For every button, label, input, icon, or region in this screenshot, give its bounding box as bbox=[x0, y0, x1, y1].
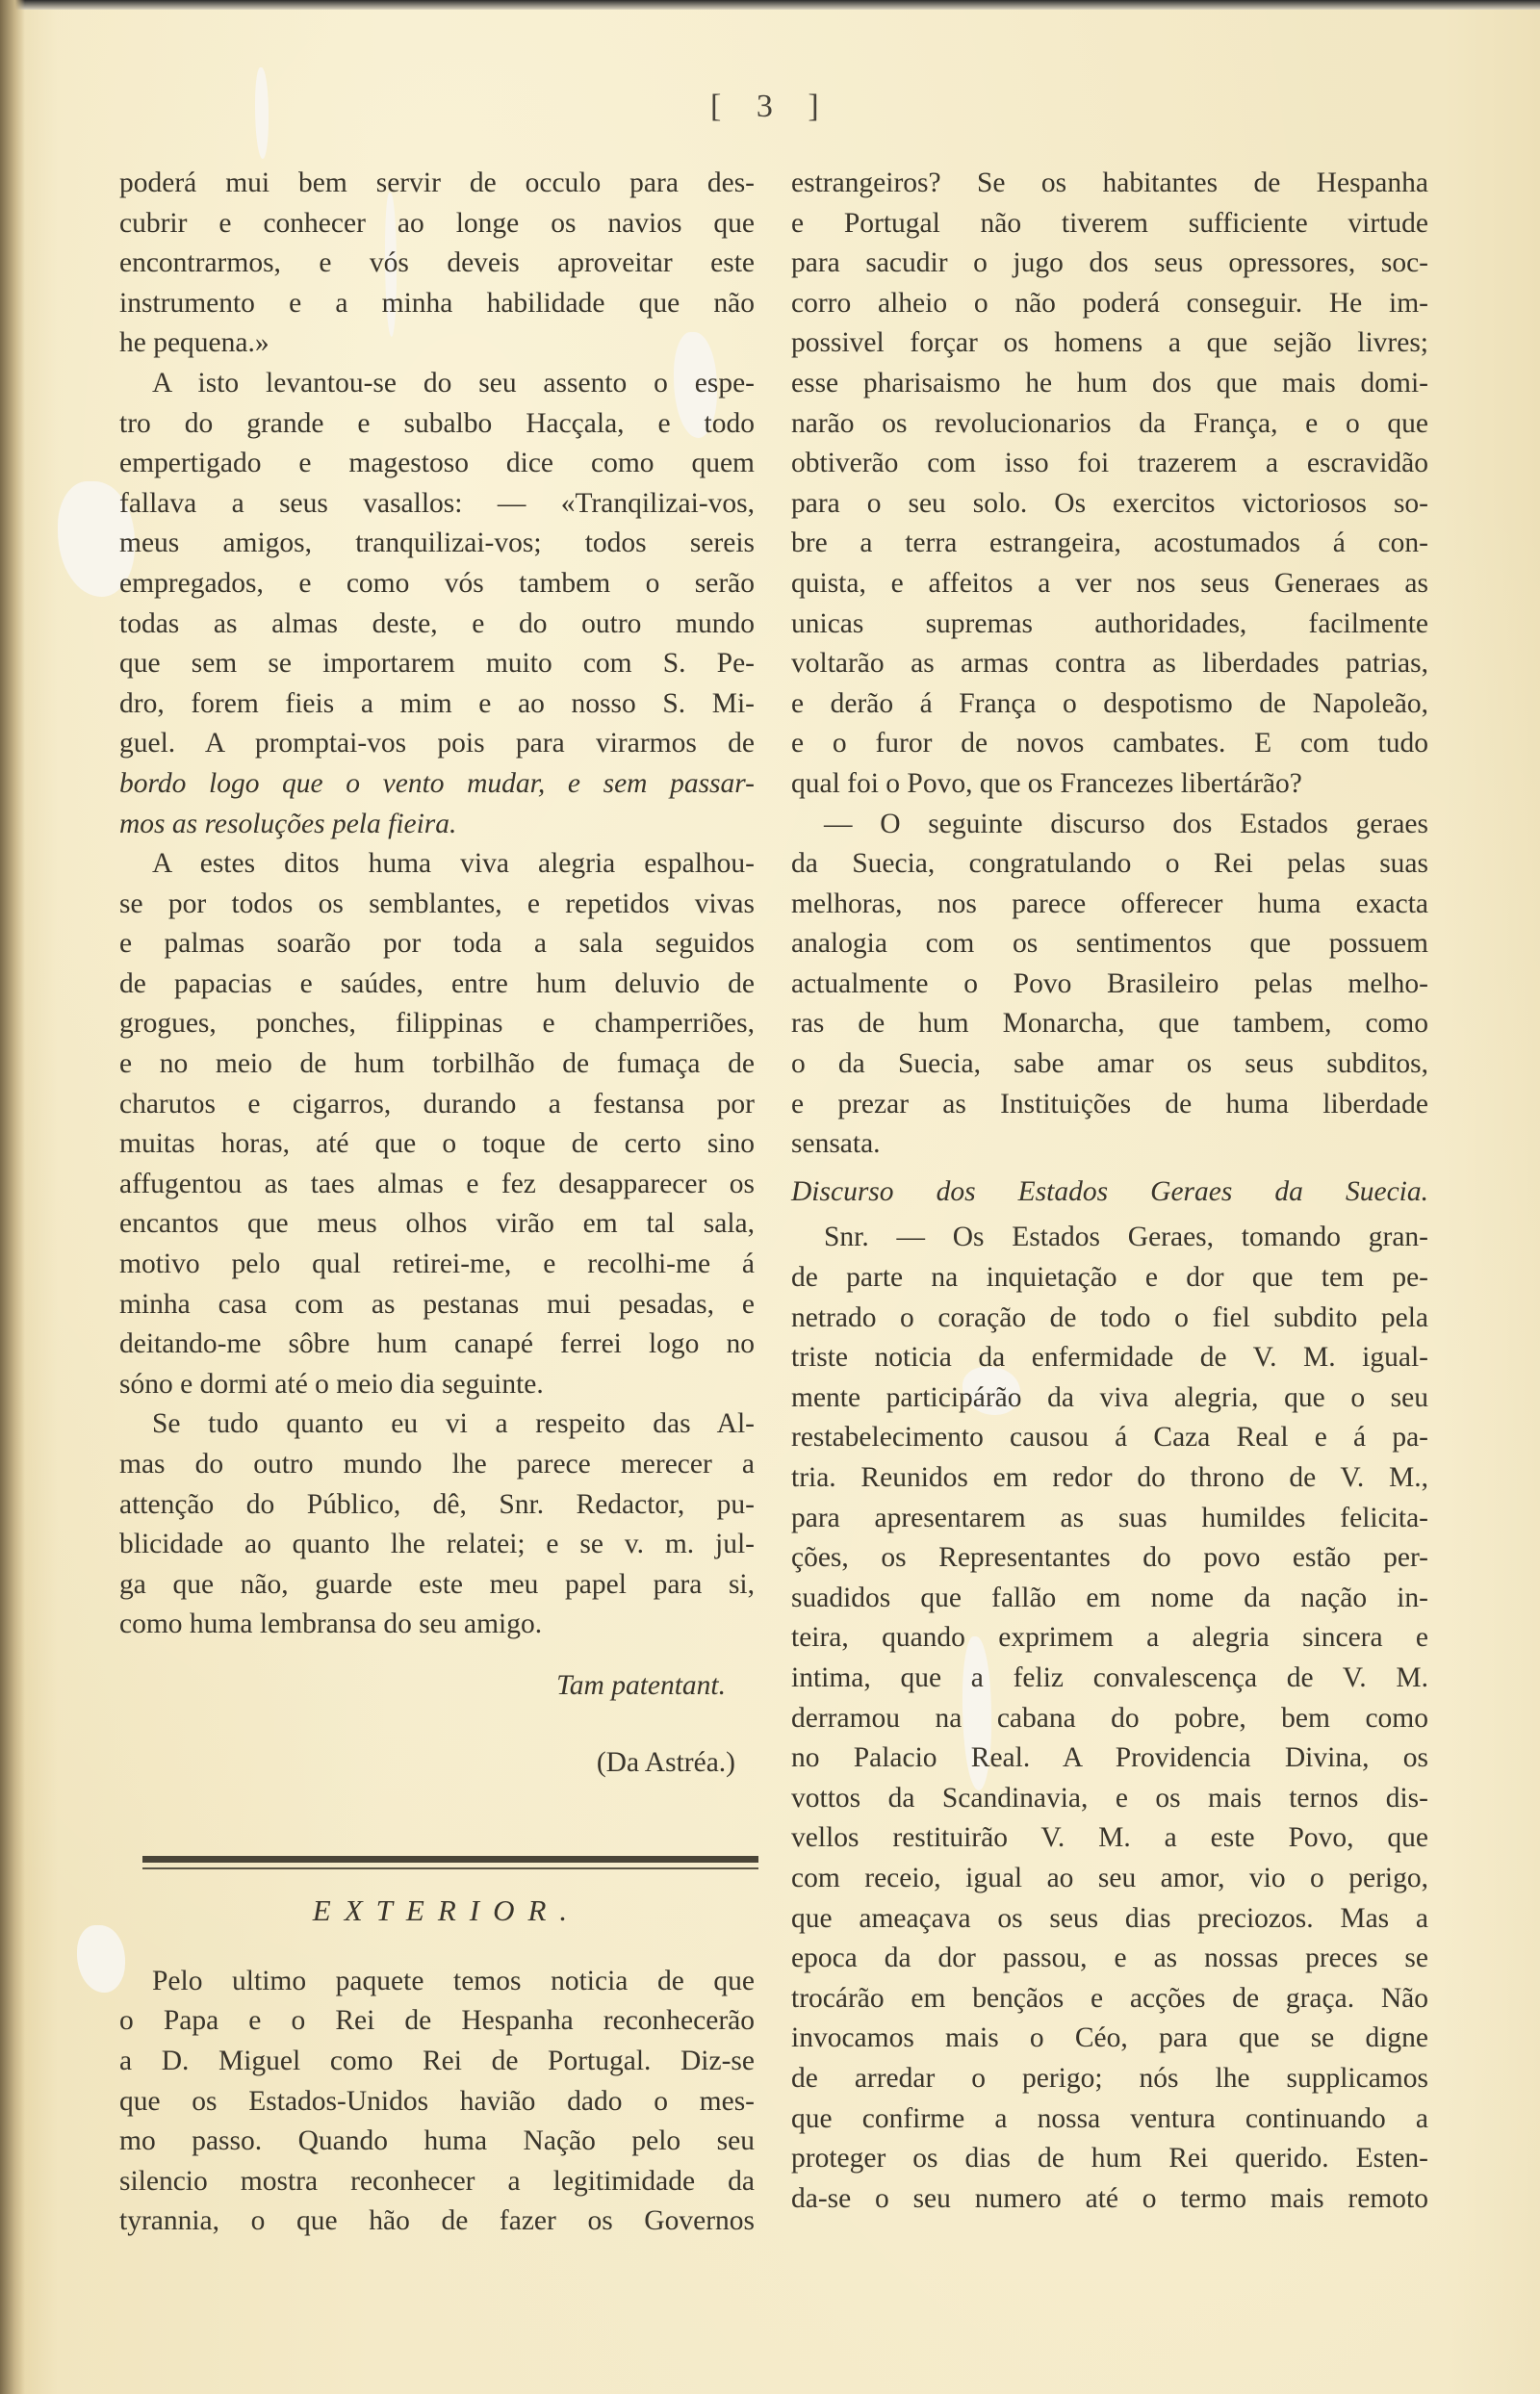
text-line: intima, que a feliz convalescença de V. … bbox=[791, 1659, 1428, 1699]
binding-gutter bbox=[0, 0, 25, 2394]
text-line: teira, quando exprimem a alegria sincera… bbox=[791, 1618, 1428, 1659]
text-line: a D. Miguel como Rei de Portugal. Diz-se bbox=[119, 2042, 755, 2082]
scan-top-edge bbox=[0, 0, 1540, 10]
text-line: e Portugal não tiverem sufficiente virtu… bbox=[791, 204, 1428, 245]
text-line: triste noticia da enfermidade de V. M. i… bbox=[791, 1338, 1428, 1378]
text-line: empregados, e como vós tambem o serão bbox=[119, 564, 755, 605]
paragraph: estrangeiros? Se os habitantes de Hespan… bbox=[791, 164, 1428, 805]
text-line: melhoras, nos parece offerecer huma exac… bbox=[791, 885, 1428, 925]
text-line: que sem se importarem muito com S. Pe- bbox=[119, 644, 755, 684]
text-line: da Suecia, congratulando o Rei pelas sua… bbox=[791, 844, 1428, 885]
text-line: de arredar o perigo; nós lhe supplicamos bbox=[791, 2059, 1428, 2099]
text-line: affugentou as taes almas e fez desappare… bbox=[119, 1165, 755, 1205]
text-line: proteger os dias de hum Rei querido. Est… bbox=[791, 2139, 1428, 2179]
text-line: tria. Reunidos em redor do throno de V. … bbox=[791, 1458, 1428, 1499]
article-title: Discurso dos Estados Geraes da Suecia. bbox=[791, 1172, 1428, 1213]
text-line: actualmente o Povo Brasileiro pelas melh… bbox=[791, 965, 1428, 1005]
text-line: e o furor de novos cambates. E com tudo bbox=[791, 724, 1428, 764]
text-line: encantos que meus olhos virão em tal sal… bbox=[119, 1204, 755, 1245]
paper-damage bbox=[77, 1925, 125, 1993]
text-line: deitando-me sôbre hum canapé ferrei logo… bbox=[119, 1325, 755, 1365]
text-line: charutos e cigarros, durando a festansa … bbox=[119, 1085, 755, 1125]
newspaper-page: [ 3 ] poderá mui bem servir de occulo pa… bbox=[0, 0, 1540, 2394]
text-line: encontrarmos, e vós deveis aproveitar es… bbox=[119, 244, 755, 284]
text-line: bre a terra estrangeira, acostumados á c… bbox=[791, 524, 1428, 564]
text-line: estrangeiros? Se os habitantes de Hespan… bbox=[791, 164, 1428, 204]
text-line: para o seu solo. Os exercitos victorioso… bbox=[791, 484, 1428, 525]
text-line: com receio, igual ao seu amor, vio o per… bbox=[791, 1859, 1428, 1899]
text-line: tyrannia, o que hão de fazer os Governos bbox=[119, 2201, 755, 2242]
text-line: Pelo ultimo paquete temos noticia de que bbox=[119, 1962, 755, 2002]
text-line: que os Estados-Unidos havião dado o mes- bbox=[119, 2082, 755, 2123]
text-line: para apresentarem as suas humildes felic… bbox=[791, 1499, 1428, 1539]
text-line: suadidos que fallão em nome da nação in- bbox=[791, 1579, 1428, 1619]
text-line: mo passo. Quando huma Nação pelo seu bbox=[119, 2122, 755, 2162]
text-line: voltarão as armas contra as liberdades p… bbox=[791, 644, 1428, 684]
text-line: trocárão em bençãos e acções de graça. N… bbox=[791, 1979, 1428, 2020]
text-line: fallava a seus vasallos: — «Tranqilizai-… bbox=[119, 484, 755, 525]
text-line: derramou na cabana do pobre, bem como bbox=[791, 1699, 1428, 1739]
signature: Tam patentant. bbox=[119, 1666, 755, 1707]
text-line: meus amigos, tranquilizai-vos; todos ser… bbox=[119, 524, 755, 564]
text-line: mos as resoluções pela fieira. bbox=[119, 805, 755, 845]
text-line: o Papa e o Rei de Hespanha reconhecerão bbox=[119, 2001, 755, 2042]
text-line: invocamos mais o Céo, para que se digne bbox=[791, 2019, 1428, 2059]
text-line: que ameaçava os seus dias preciozos. Mas… bbox=[791, 1899, 1428, 1940]
text-line: minha casa com as pestanas mui pesadas, … bbox=[119, 1285, 755, 1326]
text-line: obtiverão com isso foi trazerem a escrav… bbox=[791, 444, 1428, 484]
paragraph: Pelo ultimo paquete temos noticia de que… bbox=[119, 1962, 755, 2242]
text-line: que confirme a nossa ventura continuando… bbox=[791, 2099, 1428, 2140]
text-line: ções, os Representantes do povo estão pe… bbox=[791, 1538, 1428, 1579]
text-line: muitas horas, até que o toque de certo s… bbox=[119, 1124, 755, 1165]
text-line: silencio mostra reconhecer a legitimidad… bbox=[119, 2162, 755, 2202]
paragraph: — O seguinte discurso dos Estados geraes… bbox=[791, 805, 1428, 1165]
text-line: para sacudir o jugo dos seus opressores,… bbox=[791, 244, 1428, 284]
text-line: tro do grande e subalbo Hacçala, e todo bbox=[119, 404, 755, 445]
text-line: mente participárão da viva alegria, que … bbox=[791, 1378, 1428, 1419]
right-column: estrangeiros? Se os habitantes de Hespan… bbox=[791, 164, 1428, 2219]
text-line: unicas supremas authoridades, facilmente bbox=[791, 605, 1428, 645]
text-line: todas as almas deste, e do outro mundo bbox=[119, 605, 755, 645]
text-line: narão os revolucionarios da França, e o … bbox=[791, 404, 1428, 445]
text-line: mas do outro mundo lhe parece merecer a bbox=[119, 1445, 755, 1485]
text-line: e derão á França o despotismo de Napoleã… bbox=[791, 684, 1428, 725]
text-line: vottos da Scandinavia, e os mais ternos … bbox=[791, 1779, 1428, 1819]
source-attribution: (Da Astréa.) bbox=[119, 1743, 755, 1784]
paragraph: A estes ditos huma viva alegria espalhou… bbox=[119, 844, 755, 1404]
text-line: he pequena.» bbox=[119, 323, 755, 364]
text-line: A estes ditos huma viva alegria espalhou… bbox=[119, 844, 755, 885]
text-line: A isto levantou-se do seu assento o espe… bbox=[119, 364, 755, 404]
text-line: e prezar as Instituições de huma liberda… bbox=[791, 1085, 1428, 1125]
text-line: empertigado e magestoso dice como quem bbox=[119, 444, 755, 484]
text-line: restabelecimento causou á Caza Real e á … bbox=[791, 1418, 1428, 1458]
text-line: vellos restituirão V. M. a este Povo, qu… bbox=[791, 1818, 1428, 1859]
page-number: [ 3 ] bbox=[710, 89, 833, 125]
text-line: como huma lembransa do seu amigo. bbox=[119, 1605, 755, 1645]
text-line: epoca da dor passou, e as nossas preces … bbox=[791, 1939, 1428, 1979]
paper-damage bbox=[255, 67, 269, 159]
text-line: ras de hum Monarcha, que tambem, como bbox=[791, 1004, 1428, 1044]
text-line: de parte na inquietação e dor que tem pe… bbox=[791, 1258, 1428, 1299]
text-line: possivel forçar os homens a que sejão li… bbox=[791, 323, 1428, 364]
text-line: sóno e dormi até o meio dia seguinte. bbox=[119, 1365, 755, 1405]
text-line: analogia com os sentimentos que possuem bbox=[791, 924, 1428, 965]
text-line: Se tudo quanto eu vi a respeito das Al- bbox=[119, 1404, 755, 1445]
text-line: o da Suecia, sabe amar os seus subditos, bbox=[791, 1044, 1428, 1085]
text-line: quista, e affeitos a ver nos seus Genera… bbox=[791, 564, 1428, 605]
text-line: se por todos os semblantes, e repetidos … bbox=[119, 885, 755, 925]
text-line: ga que não, guarde este meu papel para s… bbox=[119, 1565, 755, 1606]
text-line: dro, forem fieis a mim e ao nosso S. Mi- bbox=[119, 684, 755, 725]
text-line: Snr. — Os Estados Geraes, tomando gran- bbox=[791, 1218, 1428, 1258]
text-line: — O seguinte discurso dos Estados geraes bbox=[791, 805, 1428, 845]
text-line: no Palacio Real. A Providencia Divina, o… bbox=[791, 1738, 1428, 1779]
text-line: e no meio de hum torbilhão de fumaça de bbox=[119, 1044, 755, 1085]
text-line: attenção do Público, dê, Snr. Redactor, … bbox=[119, 1485, 755, 1526]
text-line: grogues, ponches, filippinas e champerri… bbox=[119, 1004, 755, 1044]
text-line: corro alheio o não poderá conseguir. He … bbox=[791, 284, 1428, 324]
text-line: instrumento e a minha habilidade que não bbox=[119, 284, 755, 324]
left-column: poderá mui bem servir de occulo para des… bbox=[119, 164, 755, 2242]
paragraph: poderá mui bem servir de occulo para des… bbox=[119, 164, 755, 364]
paragraph: Snr. — Os Estados Geraes, tomando gran- … bbox=[791, 1218, 1428, 2219]
text-line: blicidade ao quanto lhe relatei; e se v.… bbox=[119, 1525, 755, 1565]
text-line: da-se o seu numero até o termo mais remo… bbox=[791, 2179, 1428, 2220]
text-line: cubrir e conhecer ao longe os navios que bbox=[119, 204, 755, 245]
text-line: sensata. bbox=[791, 1124, 1428, 1165]
text-line: qual foi o Povo, que os Francezes libert… bbox=[791, 764, 1428, 805]
text-line: e palmas soarão por toda a sala seguidos bbox=[119, 924, 755, 965]
text-line: motivo pelo qual retirei-me, e recolhi-m… bbox=[119, 1245, 755, 1285]
text-line: netrado o coração de todo o fiel subdito… bbox=[791, 1299, 1428, 1339]
text-line: bordo logo que o vento mudar, e sem pass… bbox=[119, 764, 755, 805]
paragraph: A isto levantou-se do seu assento o espe… bbox=[119, 364, 755, 844]
text-line: poderá mui bem servir de occulo para des… bbox=[119, 164, 755, 204]
section-divider-thin bbox=[142, 1867, 758, 1869]
text-line: de papacias e saúdes, entre hum deluvio … bbox=[119, 965, 755, 1005]
text-line: guel. A promptai-vos pois para virarmos … bbox=[119, 724, 755, 764]
paragraph: Se tudo quanto eu vi a respeito das Al- … bbox=[119, 1404, 755, 1645]
section-divider-thick bbox=[142, 1856, 758, 1863]
section-title: EXTERIOR. bbox=[119, 1891, 755, 1931]
text-line: esse pharisaismo he hum dos que mais dom… bbox=[791, 364, 1428, 404]
